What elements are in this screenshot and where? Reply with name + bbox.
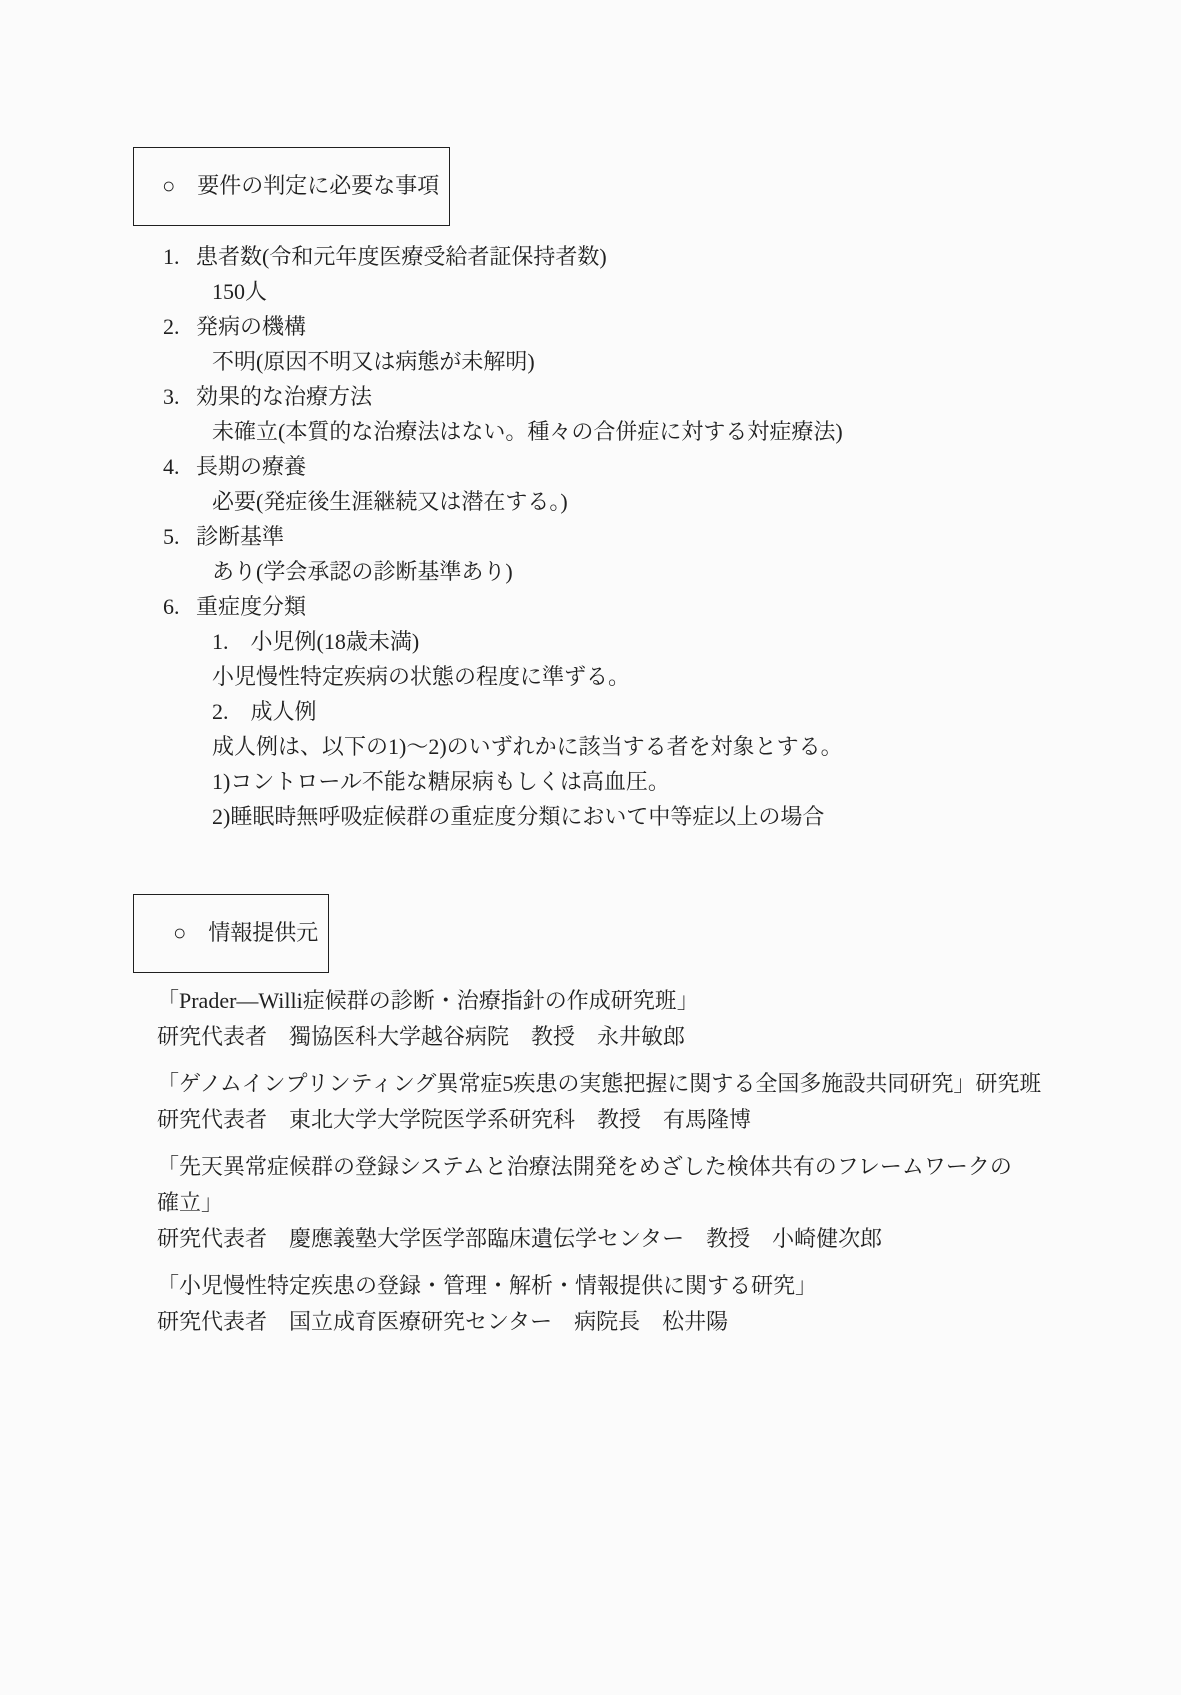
item-number: 4.	[163, 449, 196, 484]
item-value: 必要(発症後生涯継続又は潜在する。)	[212, 484, 1093, 519]
document-page: ○ 要件の判定に必要な事項 1. 患者数(令和元年度医療受給者証保持者数) 15…	[0, 0, 1181, 1695]
item-sub-line: 1)コントロール不能な糖尿病もしくは高血圧。	[212, 764, 1093, 799]
list-item: 2. 発病の機構	[163, 309, 1093, 344]
item-number: 2.	[163, 309, 196, 344]
source-representative: 研究代表者 国立成育医療研究センター 病院長 松井陽	[157, 1304, 1097, 1340]
item-label: 重症度分類	[196, 589, 306, 624]
source-title-continued: 確立」	[157, 1185, 1097, 1221]
item-value: 不明(原因不明又は病態が未解明)	[212, 344, 1093, 379]
item-label: 長期の療養	[196, 449, 306, 484]
list-item: 6. 重症度分類	[163, 589, 1093, 624]
source-title: 「ゲノムインプリンティング異常症5疾患の実態把握に関する全国多施設共同研究」研究…	[157, 1066, 1097, 1102]
item-sub-line: 小児慢性特定疾病の状態の程度に準ずる。	[212, 659, 1093, 694]
source-title: 「先天異常症候群の登録システムと治療法開発をめざした検体共有のフレームワークの	[157, 1149, 1097, 1185]
item-sub-line: 2. 成人例	[212, 694, 1093, 729]
source-title: 「Prader—Willi症候群の診断・治療指針の作成研究班」	[157, 983, 1097, 1019]
item-value: あり(学会承認の診断基準あり)	[212, 554, 1093, 589]
item-sub-line: 1. 小児例(18歳未満)	[212, 624, 1093, 659]
source-representative: 研究代表者 東北大学大学院医学系研究科 教授 有馬隆博	[157, 1102, 1097, 1138]
item-number: 6.	[163, 589, 196, 624]
section-sources-header: ○ 情報提供元	[133, 894, 329, 973]
source-representative: 研究代表者 獨協医科大学越谷病院 教授 永井敏郎	[157, 1019, 1097, 1055]
item-sub-line: 成人例は、以下の1)～2)のいずれかに該当する者を対象とする。	[212, 729, 1093, 764]
source-representative: 研究代表者 慶應義塾大学医学部臨床遺伝学センター 教授 小崎健次郎	[157, 1221, 1097, 1257]
list-item: 5. 診断基準	[163, 519, 1093, 554]
item-value: 150人	[212, 274, 1093, 309]
item-label: 患者数(令和元年度医療受給者証保持者数)	[196, 239, 607, 274]
list-item: 1. 患者数(令和元年度医療受給者証保持者数)	[163, 239, 1093, 274]
item-label: 発病の機構	[196, 309, 306, 344]
source-group: 「Prader—Willi症候群の診断・治療指針の作成研究班」 研究代表者 獨協…	[157, 983, 1097, 1055]
item-number: 3.	[163, 379, 196, 414]
item-value: 未確立(本質的な治療法はない。種々の合併症に対する対症療法)	[212, 414, 1093, 449]
list-item: 3. 効果的な治療方法	[163, 379, 1093, 414]
source-group: 「先天異常症候群の登録システムと治療法開発をめざした検体共有のフレームワークの …	[157, 1149, 1097, 1257]
section-requirements-title: ○ 要件の判定に必要な事項	[162, 173, 439, 198]
requirements-list: 1. 患者数(令和元年度医療受給者証保持者数) 150人 2. 発病の機構 不明…	[133, 239, 1093, 834]
item-number: 1.	[163, 239, 196, 274]
item-sub-line: 2)睡眠時無呼吸症候群の重症度分類において中等症以上の場合	[212, 799, 1093, 834]
item-number: 5.	[163, 519, 196, 554]
source-group: 「小児慢性特定疾患の登録・管理・解析・情報提供に関する研究」 研究代表者 国立成…	[157, 1268, 1097, 1340]
source-group: 「ゲノムインプリンティング異常症5疾患の実態把握に関する全国多施設共同研究」研究…	[157, 1066, 1097, 1138]
section-sources-title: ○ 情報提供元	[173, 920, 318, 945]
item-label: 効果的な治療方法	[196, 379, 372, 414]
sources-section: ○ 情報提供元 「Prader—Willi症候群の診断・治療指針の作成研究班」 …	[133, 894, 1141, 1340]
source-title: 「小児慢性特定疾患の登録・管理・解析・情報提供に関する研究」	[157, 1268, 1097, 1304]
list-item: 4. 長期の療養	[163, 449, 1093, 484]
item-label: 診断基準	[196, 519, 284, 554]
section-requirements-header: ○ 要件の判定に必要な事項	[133, 147, 450, 226]
